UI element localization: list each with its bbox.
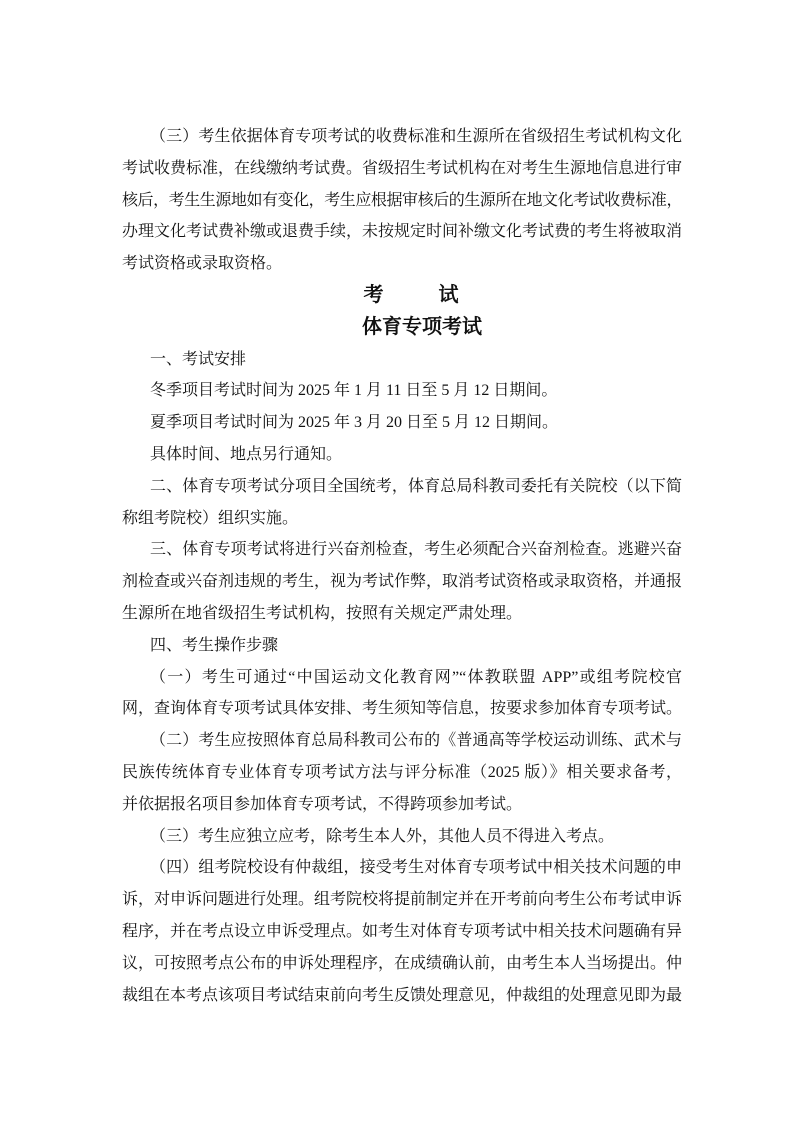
text-line: 一、考试安排 [122, 344, 682, 376]
text-line: （三）考生应独立应考，除考生本人外，其他人员不得进入考点。 [122, 821, 682, 853]
text-line: 核后，考生生源地如有变化，考生应根据审核后的生源所在地文化考试收费标准， [122, 185, 682, 217]
text-line: 具体时间、地点另行通知。 [122, 439, 682, 471]
text-line: 夏季项目考试时间为 2025 年 3 月 20 日至 5 月 12 日期间。 [122, 407, 682, 439]
text-line: 民族传统体育专业体育专项考试方法与评分标准（2025 版）》相关要求备考， [122, 757, 682, 789]
text-line: （四）组考院校设有仲裁组，接受考生对体育专项考试中相关技术问题的申 [122, 852, 682, 884]
text-line: （二）考生应按照体育总局科教司公布的《普通高等学校运动训练、武术与 [122, 725, 682, 757]
section-title: 考试 [131, 280, 691, 312]
section-title-char: 试 [439, 280, 459, 312]
text-line: 三、体育专项考试将进行兴奋剂检查，考生必须配合兴奋剂检查。逃避兴奋 [122, 534, 682, 566]
text-line: 并依据报名项目参加体育专项考试，不得跨项参加考试。 [122, 789, 682, 821]
text-line: 裁组在本考点该项目考试结束前向考生反馈处理意见，仲裁组的处理意见即为最 [122, 980, 682, 1012]
text-line: 二、体育专项考试分项目全国统考，体育总局科教司委托有关院校（以下简 [122, 471, 682, 503]
text-line: 办理文化考试费补缴或退费手续，未按规定时间补缴文化考试费的考生将被取消 [122, 216, 682, 248]
section-subtitle: 体育专项考试 [142, 312, 702, 344]
document-body: （三）考生依据体育专项考试的收费标准和生源所在省级招生考试机构文化考试收费标准，… [122, 121, 682, 1011]
text-line: 诉，对申诉问题进行处理。组考院校将提前制定并在开考前向考生公布考试申诉 [122, 884, 682, 916]
text-line: 剂检查或兴奋剂违规的考生，视为考试作弊，取消考试资格或录取资格，并通报 [122, 566, 682, 598]
text-line: 网，查询体育专项考试具体安排、考生须知等信息，按要求参加体育专项考试。 [122, 693, 682, 725]
text-line: 生源所在地省级招生考试机构，按照有关规定严肃处理。 [122, 598, 682, 630]
document-page: （三）考生依据体育专项考试的收费标准和生源所在省级招生考试机构文化考试收费标准，… [0, 0, 793, 1122]
text-line: 称组考院校）组织实施。 [122, 503, 682, 535]
text-line: 冬季项目考试时间为 2025 年 1 月 11 日至 5 月 12 日期间。 [122, 375, 682, 407]
text-line: 程序，并在考点设立申诉受理点。如考生对体育专项考试中相关技术问题确有异 [122, 916, 682, 948]
text-line: 考试收费标准，在线缴纳考试费。省级招生考试机构在对考生生源地信息进行审 [122, 153, 682, 185]
text-line: （三）考生依据体育专项考试的收费标准和生源所在省级招生考试机构文化 [122, 121, 682, 153]
text-line: 四、考生操作步骤 [122, 630, 682, 662]
section-title-char: 考 [364, 280, 384, 312]
text-line: 议，可按照考点公布的申诉处理程序，在成绩确认前，由考生本人当场提出。仲 [122, 948, 682, 980]
text-line: （一）考生可通过“中国运动文化教育网”“体教联盟 APP”或组考院校官 [122, 662, 682, 694]
text-line: 考试资格或录取资格。 [122, 248, 682, 280]
